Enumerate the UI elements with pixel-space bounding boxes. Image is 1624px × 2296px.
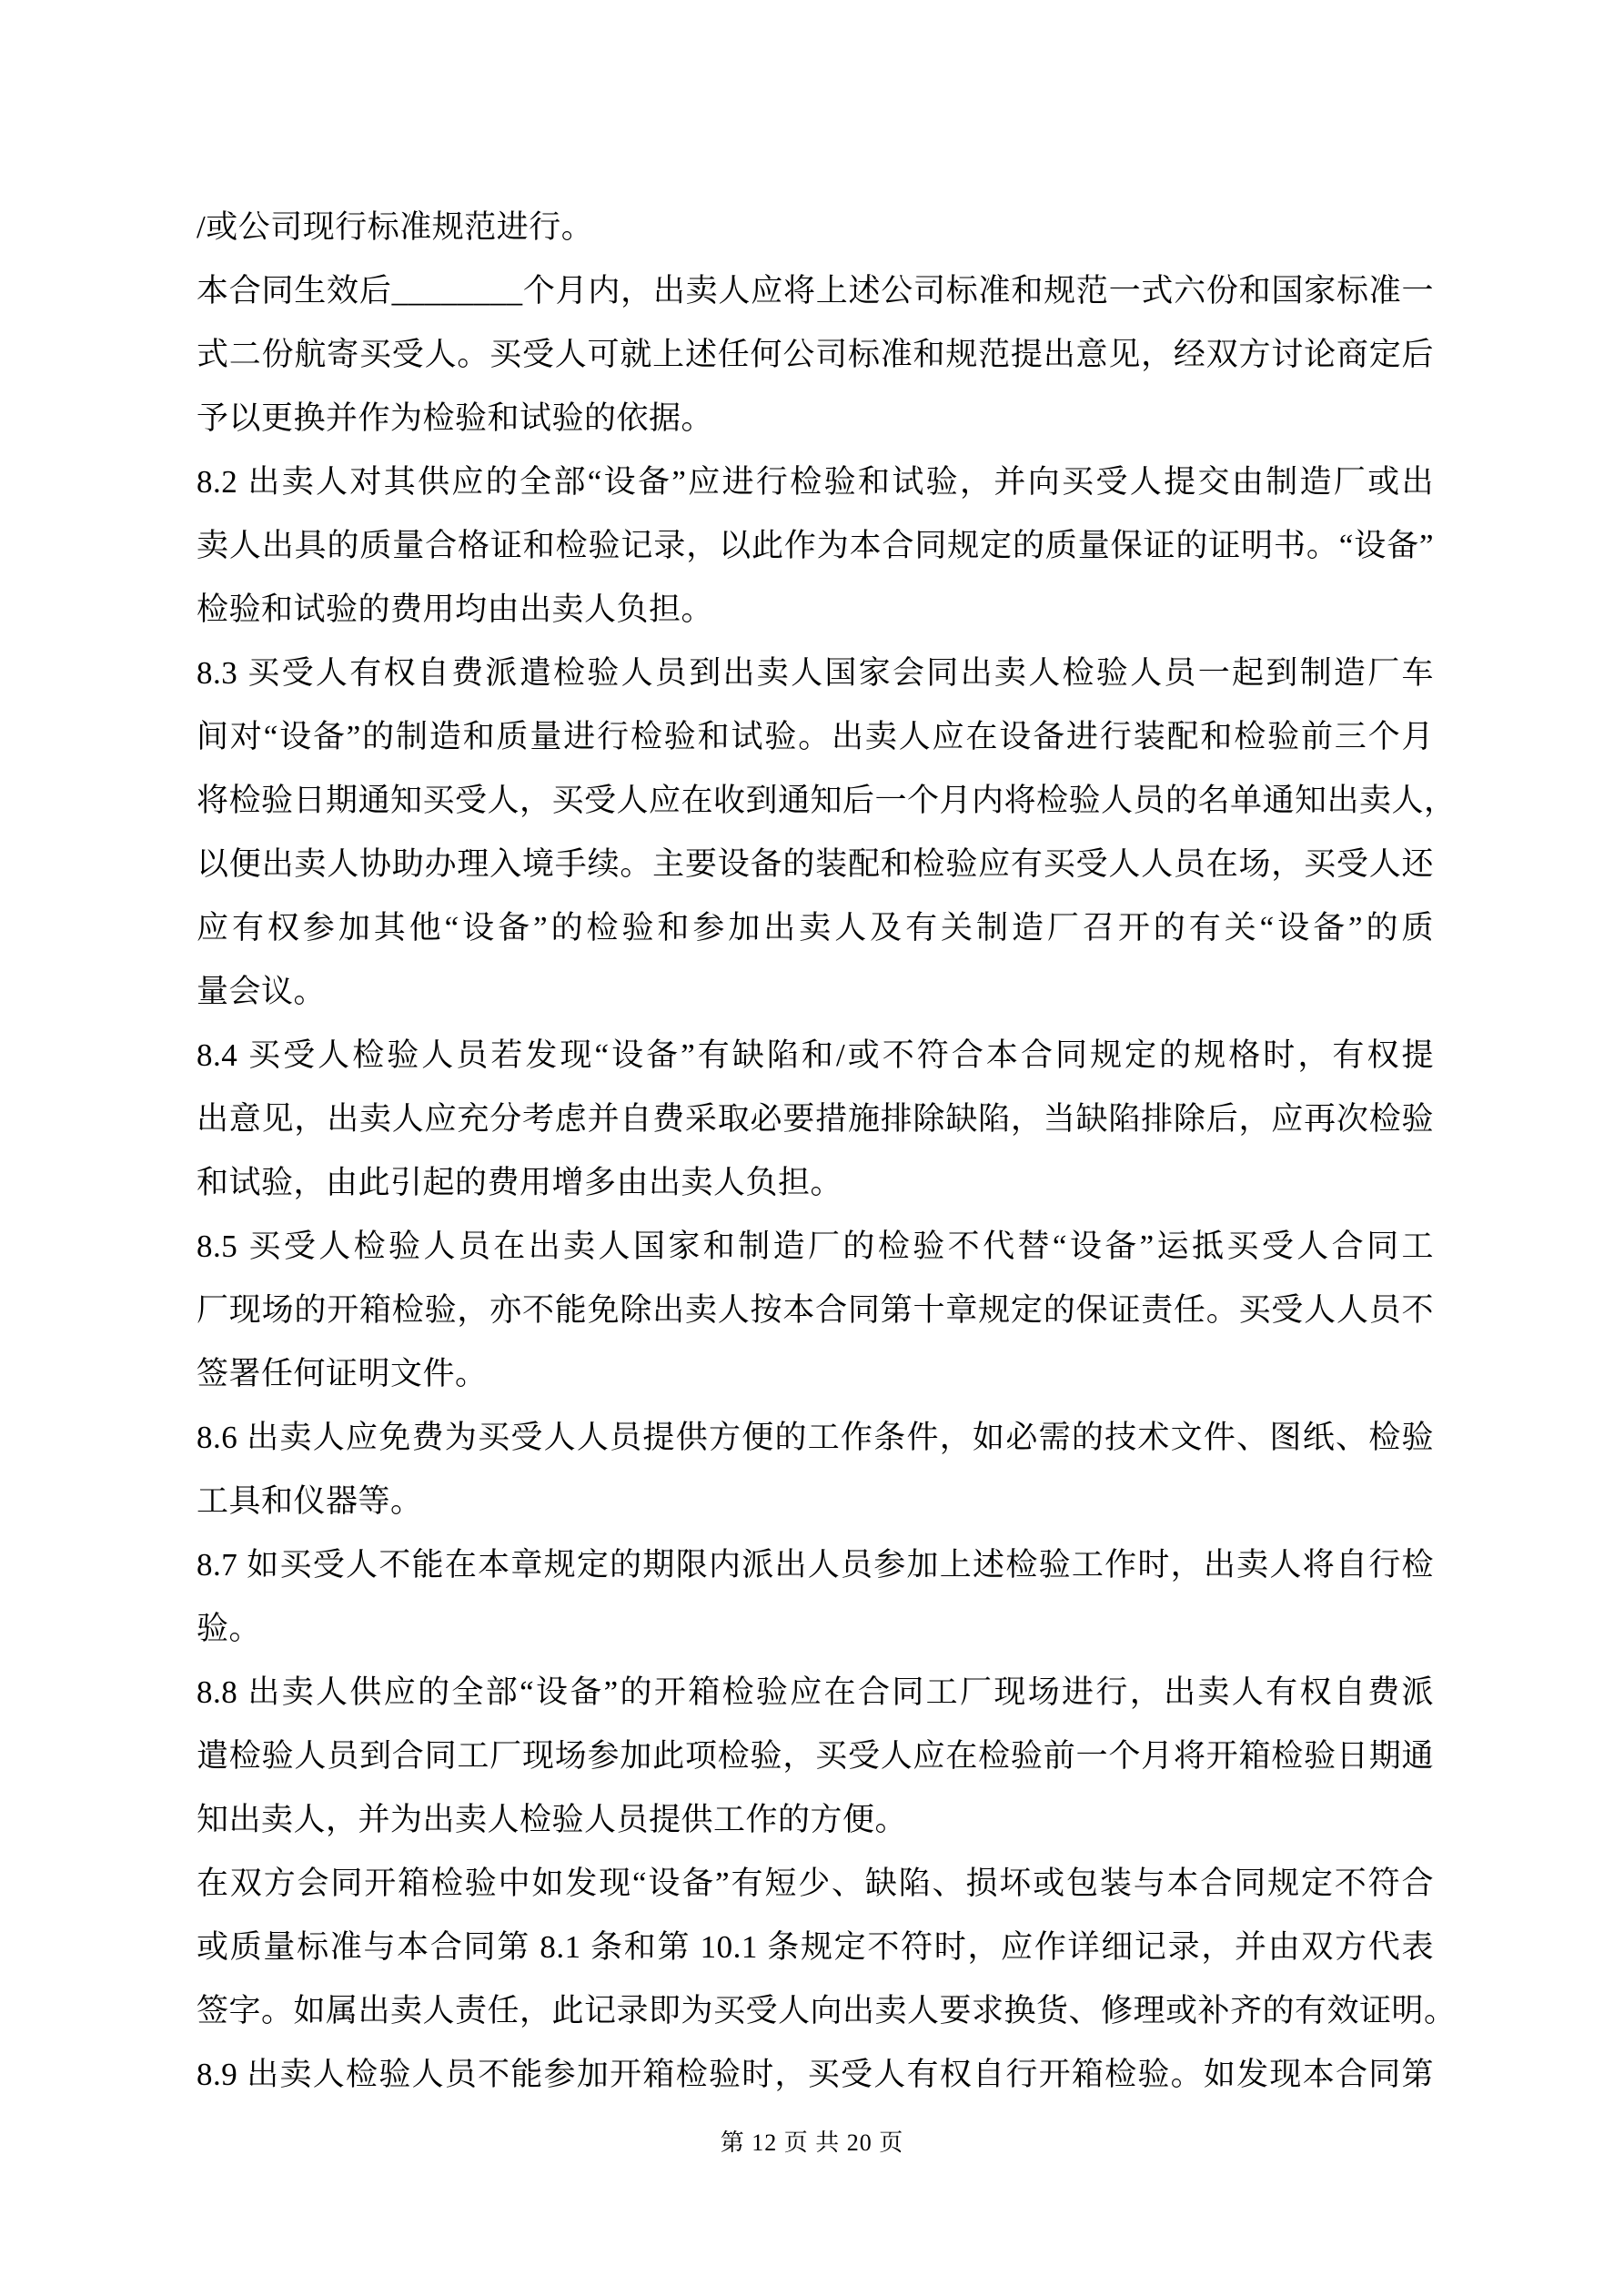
- contract-text-block: /或公司现行标准规范进行。 本合同生效后________个月内，出卖人应将上述公…: [197, 196, 1434, 2107]
- text-line: 8.8 出卖人供应的全部“设备”的开箱检验应在合同工厂现场进行，出卖人有权自费派: [197, 1661, 1434, 1725]
- page-number: 第 12 页 共 20 页: [0, 2111, 1624, 2175]
- text-line: 或质量标准与本合同第 8.1 条和第 10.1 条规定不符时，应作详细记录，并由…: [197, 1916, 1434, 1979]
- text-line: 签署任何证明文件。: [197, 1342, 1434, 1406]
- text-line: 卖人出具的质量合格证和检验记录，以此作为本合同规定的质量保证的证明书。“设备”: [197, 514, 1434, 578]
- text-line: 出意见，出卖人应充分考虑并自费采取必要措施排除缺陷，当缺陷排除后，应再次检验: [197, 1087, 1434, 1151]
- text-line: 工具和仪器等。: [197, 1470, 1434, 1533]
- text-line: 8.6 出卖人应免费为买受人人员提供方便的工作条件，如必需的技术文件、图纸、检验: [197, 1406, 1434, 1470]
- text-line: 和试验，由此引起的费用增多由出卖人负担。: [197, 1151, 1434, 1215]
- text-line: /或公司现行标准规范进行。: [197, 196, 1434, 259]
- text-line: 8.4 买受人检验人员若发现“设备”有缺陷和/或不符合本合同规定的规格时，有权提: [197, 1024, 1434, 1087]
- text-line: 知出卖人，并为出卖人检验人员提供工作的方便。: [197, 1788, 1434, 1852]
- text-line: 量会议。: [197, 960, 1434, 1024]
- text-line: 遣检验人员到合同工厂现场参加此项检验，买受人应在检验前一个月将开箱检验日期通: [197, 1725, 1434, 1788]
- text-line: 予以更换并作为检验和试验的依据。: [197, 387, 1434, 450]
- text-line: 本合同生效后________个月内，出卖人应将上述公司标准和规范一式六份和国家标…: [197, 259, 1434, 323]
- text-line: 以便出卖人协助办理入境手续。主要设备的装配和检验应有买受人人员在场，买受人还: [197, 833, 1434, 896]
- text-line: 验。: [197, 1597, 1434, 1661]
- text-line: 间对“设备”的制造和质量进行检验和试验。出卖人应在设备进行装配和检验前三个月: [197, 705, 1434, 769]
- text-line: 签字。如属出卖人责任，此记录即为买受人向出卖人要求换货、修理或补齐的有效证明。: [197, 1979, 1434, 2043]
- text-line: 厂现场的开箱检验，亦不能免除出卖人按本合同第十章规定的保证责任。买受人人员不: [197, 1279, 1434, 1342]
- text-line: 在双方会同开箱检验中如发现“设备”有短少、缺陷、损坏或包装与本合同规定不符合: [197, 1852, 1434, 1916]
- text-line: 应有权参加其他“设备”的检验和参加出卖人及有关制造厂召开的有关“设备”的质: [197, 896, 1434, 960]
- text-line: 8.7 如买受人不能在本章规定的期限内派出人员参加上述检验工作时，出卖人将自行检: [197, 1533, 1434, 1597]
- text-line: 式二份航寄买受人。买受人可就上述任何公司标准和规范提出意见，经双方讨论商定后: [197, 323, 1434, 387]
- text-line: 8.5 买受人检验人员在出卖人国家和制造厂的检验不代替“设备”运抵买受人合同工: [197, 1215, 1434, 1279]
- text-line: 8.3 买受人有权自费派遣检验人员到出卖人国家会同出卖人检验人员一起到制造厂车: [197, 642, 1434, 705]
- text-line: 8.2 出卖人对其供应的全部“设备”应进行检验和试验，并向买受人提交由制造厂或出: [197, 450, 1434, 514]
- text-line: 8.9 出卖人检验人员不能参加开箱检验时，买受人有权自行开箱检验。如发现本合同第: [197, 2043, 1434, 2107]
- text-line: 将检验日期通知买受人，买受人应在收到通知后一个月内将检验人员的名单通知出卖人，: [197, 769, 1434, 833]
- document-page: /或公司现行标准规范进行。 本合同生效后________个月内，出卖人应将上述公…: [0, 0, 1624, 2296]
- text-line: 检验和试验的费用均由出卖人负担。: [197, 578, 1434, 642]
